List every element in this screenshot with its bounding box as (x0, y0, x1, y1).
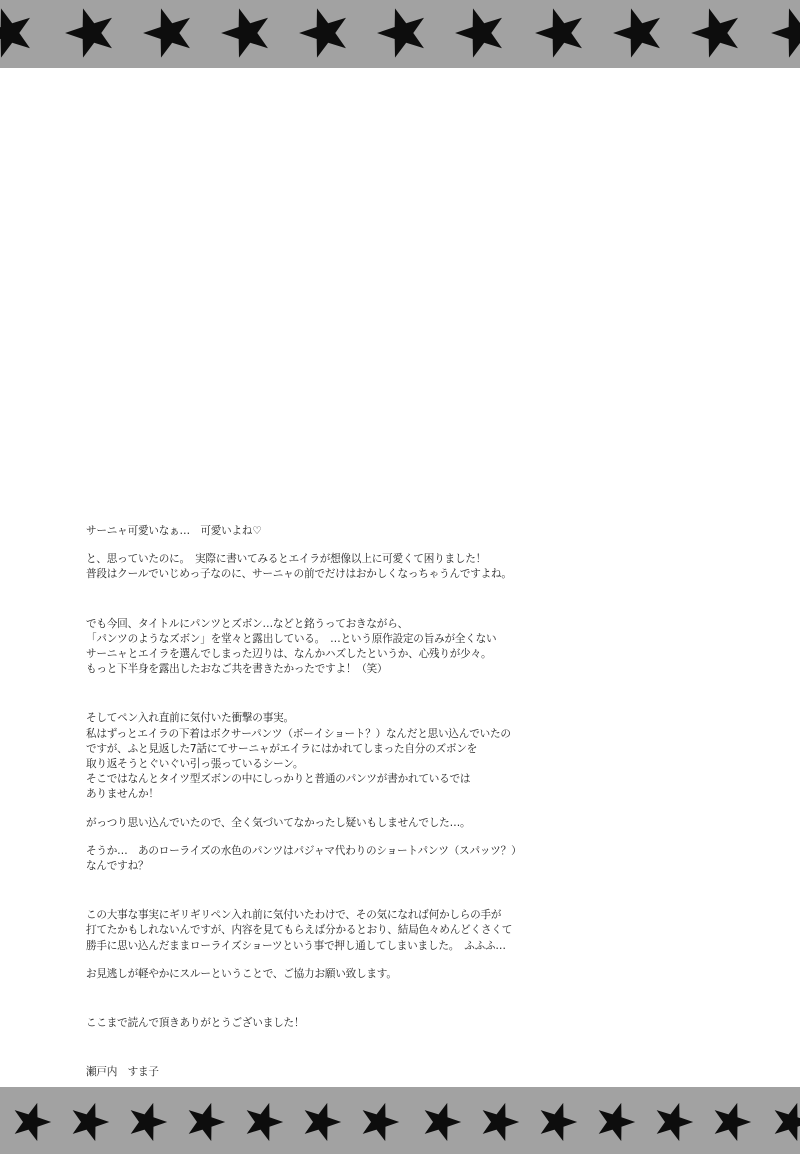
bottom-star-border (0, 1087, 800, 1154)
star-icon (376, 6, 430, 60)
paragraph-opening: サーニャ可愛いなぁ… 可愛いよね♡ (86, 524, 526, 539)
star-icon (10, 1101, 52, 1143)
top-star-row (0, 0, 800, 68)
afterword-text: サーニャ可愛いなぁ… 可愛いよね♡ と、思っていたのに。 実際に書いてみるとエイ… (86, 524, 526, 1080)
star-icon (298, 6, 352, 60)
star-icon (68, 1101, 110, 1143)
star-icon (770, 1101, 800, 1143)
star-icon (770, 6, 800, 60)
paragraph-eila-cute: と、思っていたのに。 実際に書いてみるとエイラが想像以上に可愛くて困りました！ … (86, 552, 526, 582)
star-icon (142, 6, 196, 60)
star-icon (420, 1101, 462, 1143)
star-icon (242, 1101, 284, 1143)
bottom-star-row (0, 1087, 800, 1154)
paragraph-pushed-through: この大事な事実にギリギリペン入れ前に気付いたわけで、その気になれば何かしらの手が… (86, 908, 526, 954)
star-icon (220, 6, 274, 60)
star-icon (710, 1101, 752, 1143)
top-star-border (0, 0, 800, 68)
star-icon (652, 1101, 694, 1143)
paragraph-shocking-fact: そしてペン入れ直前に気付いた衝撃の事実。 私はずっとエイラの下着はボクサーパンツ… (86, 711, 526, 802)
paragraph-shorts-question: そうか… あのローライズの水色のパンツはパジャマ代わりのショートパンツ（スパッツ… (86, 844, 526, 874)
star-icon (358, 1101, 400, 1143)
star-icon (126, 1101, 168, 1143)
star-icon (534, 6, 588, 60)
star-icon (594, 1101, 636, 1143)
star-icon (612, 6, 666, 60)
star-icon (536, 1101, 578, 1143)
paragraph-title-regret: でも今回、タイトルにパンツとズボン…などと銘うっておきながら、 「パンツのような… (86, 617, 526, 678)
paragraph-please-ignore: お見逃しが軽やかにスルーということで、ご協力お願い致します。 (86, 967, 526, 982)
star-icon (64, 6, 118, 60)
star-icon (0, 6, 36, 60)
star-icon (300, 1101, 342, 1143)
author-signature: 瀬戸内 すま子 (86, 1065, 526, 1080)
paragraph-thanks: ここまで読んで頂きありがとうございました！ (86, 1016, 526, 1031)
paragraph-didnt-notice: がっつり思い込んでいたので、全く気づいてなかったし疑いもしませんでした…。 (86, 816, 526, 831)
star-icon (454, 6, 508, 60)
star-icon (184, 1101, 226, 1143)
star-icon (478, 1101, 520, 1143)
star-icon (690, 6, 744, 60)
